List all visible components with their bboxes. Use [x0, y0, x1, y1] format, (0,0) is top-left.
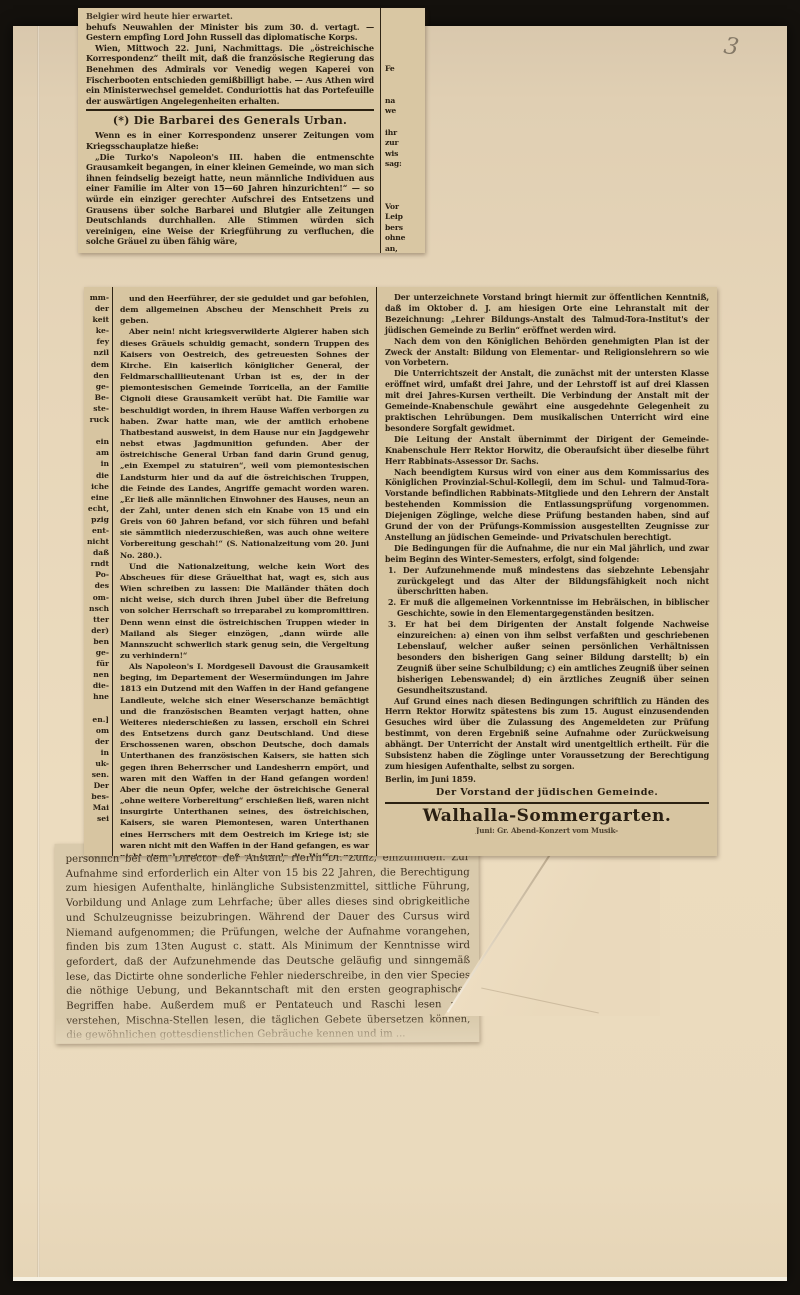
- text-fragment: die-: [84, 680, 109, 691]
- text-fragment: iche: [84, 481, 109, 492]
- section-rule: [86, 109, 374, 111]
- top-para-2: Wien, Mittwoch 22. Juni, Nachmittags. Di…: [86, 43, 374, 107]
- announcement-paragraph: Die Leitung der Anstalt übernimmt der Di…: [385, 435, 709, 468]
- text-fragment: [385, 53, 425, 64]
- top-para-1: behufs Neuwahlen der Minister bis zum 30…: [86, 22, 374, 43]
- text-fragment: we: [385, 106, 425, 117]
- text-fragment: keit: [84, 314, 109, 325]
- text-fragment: nen: [84, 669, 109, 680]
- main-newspaper-clipping: mm-derkeitke-feynzildemdenge-Be-ste-ruck…: [84, 287, 717, 856]
- text-fragment: echt,: [84, 503, 109, 514]
- text-fragment: ste-: [84, 403, 109, 414]
- article-paragraph: und den Heerführer, der sie geduldet und…: [120, 293, 369, 326]
- text-fragment: ent-: [84, 525, 109, 536]
- text-fragment: die: [84, 470, 109, 481]
- text-fragment: sen.: [84, 769, 109, 780]
- text-fragment: Der: [84, 780, 109, 791]
- text-fragment: nsch: [84, 603, 109, 614]
- text-fragment: den: [84, 370, 109, 381]
- text-fragment: ruck: [84, 414, 109, 425]
- text-fragment: des: [84, 580, 109, 591]
- text-fragment: ke-: [84, 325, 109, 336]
- admission-conditions-list: 1. Der Aufzunehmende muß mindestens das …: [385, 566, 709, 697]
- text-fragment: in: [84, 458, 109, 469]
- announcement-paragraph: Die Unterrichtszeit der Anstalt, die zun…: [385, 369, 709, 434]
- wien-report-text: Mittwoch 22. Juni, Nachmittags. Die „öst…: [86, 43, 374, 106]
- text-fragment: rndt: [84, 558, 109, 569]
- text-fragment: om: [84, 725, 109, 736]
- barbarei-article-paragraphs: und den Heerführer, der sie geduldet und…: [120, 293, 369, 856]
- cut-first-line: Belgier wird heute hier erwartet.: [86, 11, 374, 22]
- text-fragment: bes-: [84, 791, 109, 802]
- text-fragment: [385, 32, 425, 43]
- wien-dateline: Wien,: [95, 43, 120, 53]
- text-fragment: für: [84, 658, 109, 669]
- cut-ad-line: Juni: Gr. Abend-Konzert vom Musik-: [385, 826, 709, 834]
- text-fragment: Leip: [385, 212, 425, 223]
- text-fragment: [385, 11, 425, 22]
- text-fragment: pzig: [84, 514, 109, 525]
- text-fragment: der: [84, 303, 109, 314]
- text-fragment: nicht: [84, 536, 109, 547]
- barbarei-article-column: und den Heerführer, der sie geduldet und…: [113, 287, 377, 856]
- condition-item: 2. Er muß die allgemeinen Vorkenntnisse …: [397, 598, 709, 620]
- text-fragment: ge-: [84, 381, 109, 392]
- adjacent-column-fragments: Fenaweihrzurwissag:VorLeipbersohnean,: [380, 8, 425, 253]
- text-fragment: am: [84, 447, 109, 458]
- text-fragment: wis: [385, 149, 425, 160]
- text-fragment: zur: [385, 138, 425, 149]
- text-fragment: an,: [385, 244, 425, 253]
- text-fragment: Mai: [84, 802, 109, 813]
- closing-paragraph: Auf Grund eines nach diesen Bedingungen …: [385, 697, 709, 773]
- ad-separator-rule: [385, 802, 709, 804]
- text-fragment: der: [84, 736, 109, 747]
- text-fragment: uk-: [84, 758, 109, 769]
- text-fragment: bers: [385, 223, 425, 234]
- text-fragment: [385, 75, 425, 86]
- top-para-4: „Die Turko's Napoleon's III. haben die e…: [86, 152, 374, 247]
- dateline: Berlin, im Juni 1859.: [385, 775, 709, 786]
- signature-line: Der Vorstand der jüdischen Gemeinde.: [385, 788, 709, 799]
- announcement-paragraph: Die Bedingungen für die Aufnahme, die nu…: [385, 544, 709, 566]
- condition-item: 3. Er hat bei dem Dirigenten der Anstalt…: [397, 620, 709, 696]
- text-fragment: hne: [84, 691, 109, 702]
- article-headline: (*) Die Barbarei des Generals Urban.: [86, 114, 374, 127]
- top-para-3: Wenn es in einer Korrespondenz unserer Z…: [86, 130, 374, 151]
- article-paragraph: Als Napoleon's I. Mordgesell Davoust die…: [120, 661, 369, 856]
- text-fragment: ein: [84, 436, 109, 447]
- text-fragment: [385, 181, 425, 192]
- text-fragment: ben: [84, 636, 109, 647]
- text-fragment: sei: [84, 813, 109, 824]
- text-fragment: [385, 191, 425, 202]
- article-paragraph: Und die Nationalzeitung, welche kein Wor…: [120, 561, 369, 661]
- text-fragment: ge-: [84, 647, 109, 658]
- text-fragment: Po-: [84, 569, 109, 580]
- walhalla-ad-headline: Walhalla-Sommergarten.: [385, 807, 709, 826]
- announcement-paragraphs: Der unterzeichnete Vorstand bringt hierm…: [385, 293, 709, 566]
- text-fragment: en.]: [84, 714, 109, 725]
- announcement-paragraph: Nach dem von den Königlichen Behörden ge…: [385, 337, 709, 370]
- text-fragment: daß: [84, 547, 109, 558]
- text-fragment: Be-: [84, 392, 109, 403]
- text-fragment: [385, 22, 425, 33]
- top-newspaper-clipping: Belgier wird heute hier erwartet. behufs…: [78, 8, 425, 253]
- text-fragment: der): [84, 625, 109, 636]
- text-fragment: sag:: [385, 159, 425, 170]
- text-fragment: ohne: [385, 233, 425, 244]
- text-fragment: om-: [84, 592, 109, 603]
- condition-item: 1. Der Aufzunehmende muß mindestens das …: [397, 566, 709, 599]
- text-fragment: dem: [84, 359, 109, 370]
- text-fragment: Fe: [385, 64, 425, 75]
- announcement-column: Der unterzeichnete Vorstand bringt hierm…: [377, 287, 717, 856]
- text-fragment: fey: [84, 336, 109, 347]
- photographed-album-page: 3 persönlich bei dem Director der Anstal…: [0, 0, 800, 1295]
- announcement-paragraph: Der unterzeichnete Vorstand bringt hierm…: [385, 293, 709, 337]
- text-fragment: [84, 702, 109, 713]
- text-fragment: na: [385, 96, 425, 107]
- text-fragment: [385, 43, 425, 54]
- text-fragment: [385, 85, 425, 96]
- text-fragment: eine: [84, 492, 109, 503]
- top-clipping-column: Belgier wird heute hier erwartet. behufs…: [78, 8, 380, 253]
- announcement-paragraph: Nach beendigtem Kursus wird von einer au…: [385, 468, 709, 544]
- text-fragment: [385, 170, 425, 181]
- article-paragraph: Aber nein! nicht kriegsverwilderte Algie…: [120, 326, 369, 560]
- text-fragment: ihr: [385, 128, 425, 139]
- text-fragment: mm-: [84, 292, 109, 303]
- cutoff-left-column: mm-derkeitke-feynzildemdenge-Be-ste-ruck…: [84, 287, 113, 856]
- text-fragment: Vor: [385, 202, 425, 213]
- text-fragment: [84, 425, 109, 436]
- text-fragment: tter: [84, 614, 109, 625]
- bottom-newspaper-clipping: persönlich bei dem Director der Anstalt,…: [55, 842, 480, 1044]
- text-fragment: in: [84, 747, 109, 758]
- text-fragment: [385, 117, 425, 128]
- text-fragment: nzil: [84, 347, 109, 358]
- bottom-clipping-text: persönlich bei dem Director der Anstalt,…: [66, 851, 471, 1044]
